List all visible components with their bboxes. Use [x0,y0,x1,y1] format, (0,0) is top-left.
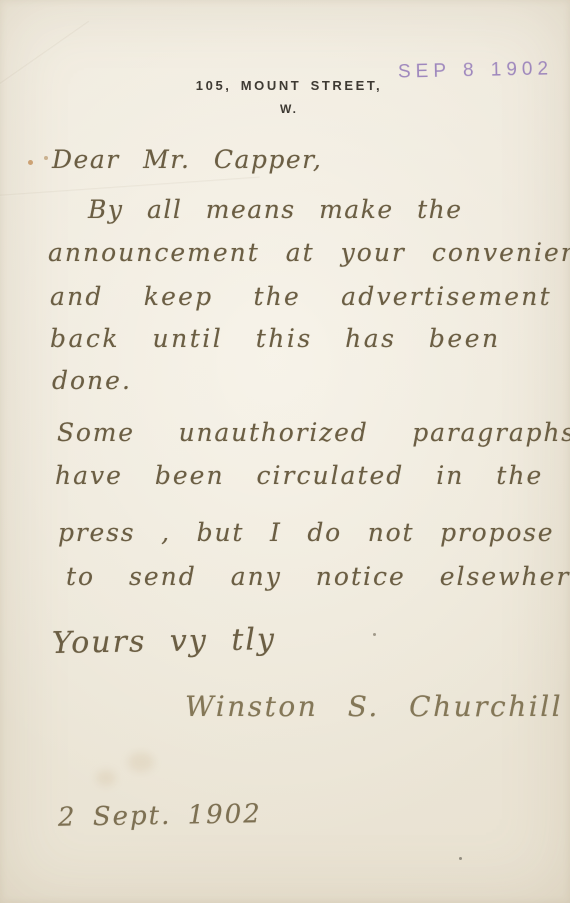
signature-line: Winston S. Churchill [185,692,563,723]
date-line: 2 Sept. 1902 [58,800,262,832]
body-line: announcement at your convenience [48,239,570,267]
printed-letterhead: 105, MOUNT STREET, W. [0,78,570,116]
body-line: have been circulated in the [55,462,543,490]
received-date-stamp: SEP 8 1902 [398,58,554,83]
paper-speck [28,160,33,165]
paper-stain [96,770,116,786]
body-line: back until this has been [50,325,501,353]
body-line: to send any notice elsewhere. [66,563,570,591]
paper-speck [44,156,48,160]
body-line: press , but I do not propose [58,519,554,547]
salutation-line: Dear Mr. Capper, [52,146,322,174]
letterhead-district: W. [0,102,570,116]
body-line: By all means make the [88,196,463,224]
paper-speck [459,857,462,860]
body-line: and keep the advertisement [50,283,552,311]
closing-line: Yours vy tly [52,623,276,660]
paper-stain [128,752,154,772]
paper-speck [373,633,376,636]
body-line: done. [52,367,132,395]
body-line: Some unauthorized paragraphs [57,419,570,447]
letter-page: 105, MOUNT STREET, W. SEP 8 1902 Dear Mr… [0,0,570,903]
